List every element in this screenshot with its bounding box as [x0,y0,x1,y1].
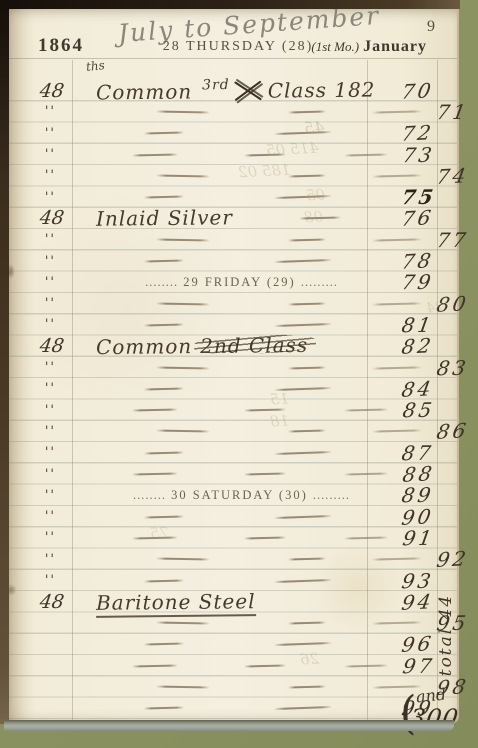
ditto-mark: '' [8,424,72,439]
ditto-dash [344,664,388,667]
entry-cell: Common2nd Class [72,334,387,358]
ledger-row: ''85 [8,400,457,421]
ditto-mark: '' [8,573,72,588]
stint-column-cell: '' [8,424,72,439]
entry-cell [72,516,387,518]
entry-text: Baritone Steel [96,589,256,615]
ditto-dash [274,642,332,646]
entry-cell [72,388,387,390]
ledger-row: ''90 [8,506,457,527]
ledger-row: 48Common2nd Class82 [8,336,457,357]
ledger-row: ''83 [8,357,457,378]
bleedthrough-mark: 45 [304,117,325,137]
entry-cell [72,239,422,241]
entry-cell [72,132,387,134]
ledger-row: ''77 [8,229,457,250]
year-label: 1864 [38,35,84,57]
entry-cell [72,665,388,667]
stint-column-cell: '' [8,552,72,567]
ditto-dash [156,302,210,305]
ledger-row: ''93 [8,570,457,591]
stint-column-cell: '' [8,445,72,460]
day-divider: ........ 29 FRIDAY (29) ......... [96,275,387,290]
stint-column-cell: '' [8,509,72,524]
ditto-dash [156,622,210,625]
ditto-dash [288,430,326,433]
ditto-mark: '' [8,232,72,247]
bleedthrough-mark: 05 [306,186,326,205]
ditto-dash [144,260,184,263]
ditto-dash [144,451,184,454]
strikeout-x-mark [234,79,262,101]
bleedthrough-mark: 26 [300,650,320,669]
stint-column-cell: '' [8,232,72,247]
entry-cell [72,111,422,113]
divider-dots: ........ [145,275,178,289]
ditto-dash [156,110,210,113]
ledger-row: 98 [8,676,457,697]
ledger-row: ''91 [8,527,457,548]
ditto-dash [244,664,286,667]
ditto-dash [344,153,388,156]
entry-text: Common3rdClass 182 [96,77,376,104]
ditto-dash [156,238,210,241]
ledger-row: ''........ 30 SATURDAY (30) .........89 [8,485,457,506]
entry-cell [72,430,422,432]
divider-dots: ......... [301,275,338,289]
ditto-dash [288,686,326,689]
ditto-dash [144,323,184,326]
ditto-dash [372,238,422,241]
ditto-mark: '' [8,168,72,183]
ledger-row: ''86 [8,421,457,442]
entry-cell [72,580,387,582]
month-prefix: (1st Mo.) [311,39,359,54]
ledger-row: ''71 [8,101,457,122]
ledger-row: ''........ 29 FRIDAY (29) .........79 [8,272,457,293]
stint-column-cell: '' [8,403,72,418]
entry-text: Inlaid Silver [96,206,233,231]
ditto-dash [274,579,332,583]
entry-cell [72,303,422,305]
ledger-row: 48Common3rdClass 18270 [8,80,457,101]
bleedthrough-mark: 185 02 [238,161,291,182]
ledger-row: 95 [8,613,457,634]
ledger-row: 97 [8,655,457,676]
ditto-dash [288,174,326,177]
ledger-row: ''87 [8,442,457,463]
ledger-row: ''88 [8,463,457,484]
diary-page: July to September 9 1864 28 THURSDAY (28… [8,8,459,724]
ditto-dash [144,643,184,646]
entry-cell [72,622,422,624]
ditto-dash [156,366,210,369]
bleedthrough-mark: 24 [426,300,445,317]
entry-text: Common2nd Class [96,333,308,359]
ditto-dash [288,302,326,305]
ditto-dash [288,558,326,561]
ditto-dash [144,132,184,135]
entry-cell [72,324,387,326]
ditto-dash [132,472,178,475]
ditto-dash [274,323,332,327]
ditto-dash [244,536,286,539]
stint-column-cell: 48 [8,80,72,102]
entry-prefix: Common [96,334,192,359]
bleedthrough-mark: 15 [270,390,290,409]
stint-column-cell: '' [8,104,72,119]
entry-label: Inlaid Silver [96,206,233,231]
divider-dots: ......... [313,488,350,502]
ditto-dash [144,515,184,518]
ditto-mark: '' [8,254,72,269]
page-number: 9 [427,18,435,36]
ditto-dash [144,196,184,199]
ditto-dash [274,706,332,710]
ditto-mark: '' [8,104,72,119]
ditto-dash [132,409,178,412]
ditto-dash [372,302,422,305]
ditto-dash [344,409,388,412]
stint-column-cell: '' [8,275,72,290]
stint-column-cell: '' [8,360,72,375]
ditto-mark: '' [8,403,72,418]
ditto-dash [372,110,422,113]
entry-rest: Class 182 [268,77,376,102]
ditto-mark: '' [8,126,72,141]
month-header: (1st Mo.) January [311,38,427,56]
ditto-dash [132,664,178,667]
ledger-row: 99 [8,698,457,719]
stint-column-cell: '' [8,467,72,482]
entry-cell: Baritone Steel [72,590,387,614]
ditto-dash [156,174,210,177]
ditto-dash [288,110,326,113]
ditto-mark: '' [8,190,72,205]
entry-cell [72,707,387,709]
ledger-row: ''84 [8,378,457,399]
ths-annotation: ths [85,58,105,74]
stint-number: 48 [6,207,73,229]
ditto-dash [288,238,326,241]
ditto-mark: '' [8,147,72,162]
ditto-mark: '' [8,530,72,545]
entry-cell [72,537,388,539]
entry-cell: Inlaid Silver [72,206,387,230]
day-divider: ........ 30 SATURDAY (30) ......... [96,488,387,503]
ledger-row: ''81 [8,314,457,335]
ditto-dash [156,430,210,433]
ditto-mark: '' [8,360,72,375]
entry-cell [72,260,387,262]
entry-cell [72,473,388,475]
stint-column-cell: '' [8,190,72,205]
ledger-row: ''92 [8,549,457,570]
ditto-dash [244,473,286,476]
stint-column-cell: '' [8,317,72,332]
ledger-row: 48Inlaid Silver76 [8,208,457,229]
stint-column-cell: '' [8,573,72,588]
entry-cell: Common3rdClass 182 [72,79,387,103]
ditto-dash [144,707,184,710]
total-annotation: total 44 [436,570,458,700]
book-cover-top-edge [0,0,460,9]
ledger-row: ''72 [8,123,457,144]
ditto-dash [288,622,326,625]
ledger-row: ''74 [8,165,457,186]
ledger-row: 96 [8,634,457,655]
ledger-row: ''73 [8,144,457,165]
ledger-scan: July to September 9 1864 28 THURSDAY (28… [0,0,478,748]
ditto-mark: '' [8,275,72,290]
ditto-mark: '' [8,467,72,482]
ledger-row: ''80 [8,293,457,314]
stint-number: 48 [6,335,73,357]
ditto-dash [132,153,178,156]
divider-label: 29 FRIDAY (29) [178,275,301,289]
entry-cell [72,154,388,156]
ditto-dash [372,622,422,625]
ledger-row: ''78 [8,250,457,271]
struck-out-text: 2nd Class [200,333,308,358]
month-name: January [363,38,427,55]
entry-cell [72,558,422,560]
ditto-dash [288,366,326,369]
divider-label: 30 SATURDAY (30) [166,488,313,502]
entry-cell [72,643,387,645]
stint-column-cell: '' [8,296,72,311]
stint-column-cell: '' [8,147,72,162]
entry-cell [72,452,387,454]
ditto-dash [372,366,422,369]
bleedthrough-mark: 18 [270,412,290,431]
page-stack-edge [4,720,454,731]
ditto-dash [274,451,332,455]
stint-column-cell: '' [8,126,72,141]
entry-cell [72,196,387,198]
stint-column-cell: 48 [8,207,72,229]
ditto-dash [144,387,184,390]
ditto-mark: '' [8,552,72,567]
ditto-mark: '' [8,445,72,460]
ditto-dash [344,536,388,539]
entry-cell: ........ 30 SATURDAY (30) ......... [72,488,387,503]
ditto-dash [372,174,422,177]
ditto-mark: '' [8,296,72,311]
ditto-dash [274,515,332,519]
ditto-dash [144,579,184,582]
ledger-rows: 48Common3rdClass 18270''71''72''73''74''… [8,80,457,720]
ditto-dash [156,558,210,561]
header-rule [8,58,457,59]
ditto-mark: '' [8,317,72,332]
inserted-correction: 3rd [202,77,230,93]
stint-column-cell: '' [8,381,72,396]
stint-column-cell: '' [8,254,72,269]
ditto-mark: '' [8,488,72,503]
ditto-mark: '' [8,509,72,524]
stint-column-cell: '' [8,530,72,545]
entry-cell: ........ 29 FRIDAY (29) ......... [72,275,387,290]
entry-cell [72,367,422,369]
bleedthrough-mark: 08 [304,208,324,227]
book-binding-edge [0,0,9,724]
stint-number: 48 [6,591,73,613]
stint-column-cell: 48 [8,335,72,357]
ditto-dash [274,259,332,263]
entry-cell [72,686,422,688]
ditto-dash [344,472,388,475]
bleedthrough-mark: 415 05 [266,139,319,160]
ledger-row: 48Baritone Steel94 [8,591,457,612]
stint-column-cell: 48 [8,591,72,613]
ditto-mark: '' [8,381,72,396]
ditto-dash [372,558,422,561]
stint-number: 48 [6,80,73,102]
entry-cell [72,409,388,411]
divider-dots: ........ [133,488,166,502]
stint-column-cell: '' [8,168,72,183]
stint-column-cell: '' [8,488,72,503]
ditto-dash [156,686,210,689]
bleedthrough-mark: 75 [150,524,170,543]
ditto-dash [372,430,422,433]
